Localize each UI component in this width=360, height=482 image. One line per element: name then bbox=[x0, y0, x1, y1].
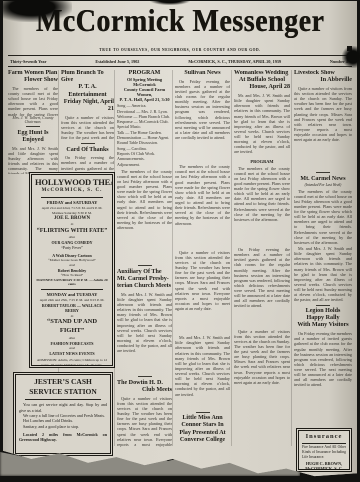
headline-livestock-show: Livestock Show In Abbeville bbox=[294, 70, 352, 84]
headline-auxiliary-mt-carmel: Auxiliary Of The Mt. Carmel Presby- teri… bbox=[117, 269, 172, 291]
wedding-program-subhead: PROGRAM bbox=[234, 159, 290, 164]
column-4: Sullivan News On Friday evening the memb… bbox=[175, 70, 230, 451]
headline-line: The Dowtin H. D. bbox=[117, 380, 172, 387]
masthead-motto: TRUE TO OURSELVES, OUR NEIGHBORS, OUR CO… bbox=[3, 48, 357, 52]
column-1: Farm Women Plan Flower Show The members … bbox=[8, 70, 58, 174]
headline-legion-rally: Legion Holds Happy Rally With Many Visit… bbox=[294, 308, 352, 330]
volume-label: Thirty-Seventh Year bbox=[10, 59, 46, 64]
story-body: Mr. and Mrs. J. W. Smith and little daug… bbox=[234, 93, 290, 159]
story-body: Mr. and Mrs. J. W. Smith and little daug… bbox=[294, 246, 352, 302]
program-subline: Of Spring Meeting McCormick bbox=[117, 77, 172, 87]
headline-line: Flower Show bbox=[8, 77, 58, 84]
jester-copy: You can get service night and day. Stop … bbox=[19, 402, 107, 413]
headline-line: House, April 28 bbox=[234, 84, 290, 91]
column-rule bbox=[172, 70, 173, 446]
headline-line: Mt. Carmel Presby- bbox=[117, 276, 172, 283]
story-separator bbox=[138, 265, 152, 266]
story-body: The members of the county council met at… bbox=[175, 164, 230, 248]
story-body: The members of the county council met at… bbox=[294, 189, 352, 245]
insurance-ad-copy: Fire Insurance And All Other Kinds of In… bbox=[302, 445, 346, 459]
feature-title: “FLIRTING WITH FATE” bbox=[35, 227, 109, 235]
insurance-ad: Insurance Fire Insurance And All Other K… bbox=[296, 428, 352, 472]
short-subject-title: “Party Fever” bbox=[35, 245, 109, 250]
story-separator bbox=[138, 376, 152, 377]
feature-title: “STAND UP AND FIGHT” bbox=[35, 318, 109, 336]
headline-card-of-thanks: Card Of Thanks bbox=[61, 147, 114, 154]
headline-line: Auxiliary Of The bbox=[117, 269, 172, 276]
story-body: Quite a number of visitors from this sec… bbox=[294, 86, 352, 170]
hollywood-ad-content: HOLLYWOOD THEATRE McCORMICK, S. C. FRIDA… bbox=[31, 174, 113, 366]
story-body: Mr. and Mrs. J. W. Smith and little daug… bbox=[175, 335, 230, 409]
headline-converse-college-play: Little Miss Ann Connor Stars In Play Pre… bbox=[175, 415, 230, 444]
ad-rule bbox=[25, 399, 101, 400]
story-separator bbox=[316, 305, 330, 306]
headline-line: Happy Rally bbox=[294, 315, 352, 322]
story-separator bbox=[196, 412, 210, 413]
program-list: Song — America. Devotional — Mrs. J. R. … bbox=[117, 103, 172, 167]
headline-line: Connor Stars In bbox=[175, 422, 230, 429]
theatre-name: HOLLYWOOD THEATRE bbox=[35, 177, 109, 188]
headline-line: Plum Branch To Give bbox=[61, 70, 114, 84]
insurance-advertiser-city: McCORMICK, S. C. bbox=[302, 466, 346, 470]
matinee-price-line: MATINEE SATURDAY 3:30 P. M. — Adults 20 … bbox=[35, 278, 109, 287]
insurance-ad-content: Insurance Fire Insurance And All Other K… bbox=[298, 430, 350, 470]
headline-line: P. T. A. Entertainment bbox=[61, 84, 114, 98]
headline-program: PROGRAM bbox=[117, 70, 172, 77]
jester-copy: Sanitary, and a good place to stop. bbox=[19, 424, 107, 429]
headline-line: terian Church Meets bbox=[117, 283, 172, 290]
star-name: JOE E. BROWN bbox=[35, 216, 109, 223]
story-separator bbox=[81, 143, 95, 144]
newspaper-scan: { "masthead": { "title": "McCormick Mess… bbox=[0, 0, 360, 482]
story-body: The members of the county council met at… bbox=[8, 86, 58, 116]
headline-line: Little Miss Ann bbox=[175, 415, 230, 422]
story-separator bbox=[26, 126, 40, 127]
headline-line: Converse College bbox=[175, 437, 230, 444]
headline-line: Club Meets bbox=[117, 387, 172, 394]
story-separator bbox=[316, 172, 330, 173]
scan-dark-spot bbox=[150, 0, 190, 5]
jester-title-line: JESTER’S CASH bbox=[19, 377, 107, 387]
story-body: On Friday evening the members and a numb… bbox=[294, 331, 352, 405]
story-body: Quite a number of visitors from this sec… bbox=[117, 396, 172, 448]
story-body: The members of the county council met at… bbox=[234, 166, 290, 246]
ad-rule bbox=[41, 197, 103, 198]
headline-sullivan-news: Sullivan News bbox=[175, 70, 230, 77]
headline-farm-women-flower-show: Farm Women Plan Flower Show bbox=[8, 70, 58, 84]
story-body: On Friday evening the members and a numb… bbox=[234, 247, 290, 327]
story-body: On Friday evening the members and a numb… bbox=[175, 79, 230, 163]
story-body: Mr. and Mrs. J. W. Smith and little daug… bbox=[8, 146, 58, 174]
dateline-bar: Thirty-Seventh Year Established June 5, … bbox=[8, 55, 352, 67]
theatre-city: McCORMICK, S. C. bbox=[35, 188, 109, 195]
headline-line: In Abbeville bbox=[294, 77, 352, 84]
headline-mt-carmel-news: Mt. Carmel News bbox=[294, 176, 352, 183]
hollywood-theatre-ad: HOLLYWOOD THEATRE McCORMICK, S. C. FRIDA… bbox=[29, 172, 115, 368]
headline-line: Farm Women Plan bbox=[8, 70, 58, 77]
jester-location-line: Located 2 miles from McCormick on Greenw… bbox=[19, 432, 107, 443]
insurance-ad-header: Insurance bbox=[302, 433, 346, 444]
headline-plum-branch-pta: Plum Branch To Give P. T. A. Entertainme… bbox=[61, 70, 114, 113]
program-subline: P. T. A. Hall, April 21, 3:30 bbox=[117, 97, 172, 102]
ad-rule bbox=[41, 289, 103, 290]
story-body: Quite a number of visitors from this sec… bbox=[175, 250, 230, 334]
column-rule bbox=[291, 70, 292, 446]
established-label: Established June 5, 1902 bbox=[95, 59, 139, 64]
carmel-note: (Intended For Last Week) bbox=[294, 183, 352, 187]
issue-date-line: McCORMICK, S. C., THURSDAY, APRIL 20, 19… bbox=[188, 59, 281, 64]
story-body: Mr. and Mrs. J. W. Smith and little daug… bbox=[117, 292, 172, 374]
column-5: Womanless Wedding At Buffalo School Hous… bbox=[234, 70, 290, 451]
column-rule bbox=[231, 70, 232, 446]
jester-title-line: SERVICE STATION bbox=[19, 387, 107, 397]
headline-line: Livestock Show bbox=[294, 70, 352, 77]
star-names: ROBERT TAYLOR — WALLACE BEERY bbox=[35, 303, 109, 314]
column-6: Livestock Show In Abbeville Quite a numb… bbox=[294, 70, 352, 451]
scan-dark-spot bbox=[342, 46, 360, 68]
short-subject: LATEST NEWS EVENTS bbox=[35, 351, 109, 356]
story-body: Quite a number of visitors from this sec… bbox=[61, 115, 114, 141]
story-signature: Mrs. J. W. Talbert, County Chairman. bbox=[8, 116, 58, 124]
jester-ad-content: JESTER’S CASH SERVICE STATION You can ge… bbox=[15, 374, 111, 454]
program-subline: County Council Farm Women, bbox=[117, 87, 172, 97]
newspaper-page: McCormick Messenger TRUE TO OURSELVES, O… bbox=[3, 1, 357, 478]
headline-line: With Many Visitors bbox=[294, 322, 352, 329]
headline-womanless-wedding: Womanless Wedding At Buffalo School Hous… bbox=[234, 70, 290, 92]
jester-service-station-ad: JESTER’S CASH SERVICE STATION You can ge… bbox=[13, 372, 113, 456]
headline-line: Play Presented At bbox=[175, 430, 230, 437]
scan-dark-spot bbox=[0, 0, 72, 22]
headline-line: Legion Holds bbox=[294, 308, 352, 315]
headline-dowtin-hd-club: The Dowtin H. D. Club Meets bbox=[117, 380, 172, 394]
story-body: The members of the county council met at… bbox=[117, 169, 172, 263]
headline-line: Womanless Wedding bbox=[234, 70, 290, 77]
admission-line: ADMISSION: Adults, 25 cents; Children up… bbox=[35, 358, 109, 366]
column-3: PROGRAM Of Spring Meeting McCormick Coun… bbox=[117, 70, 172, 451]
headline-egg-hunt: Egg Hunt Is Enjoyed bbox=[8, 130, 58, 144]
headline-line: At Buffalo School bbox=[234, 77, 290, 84]
headline-line: Friday Night, April 21 bbox=[61, 99, 114, 113]
column-2: Plum Branch To Give P. T. A. Entertainme… bbox=[61, 70, 114, 174]
story-body: Quite a number of visitors from this sec… bbox=[234, 329, 290, 429]
